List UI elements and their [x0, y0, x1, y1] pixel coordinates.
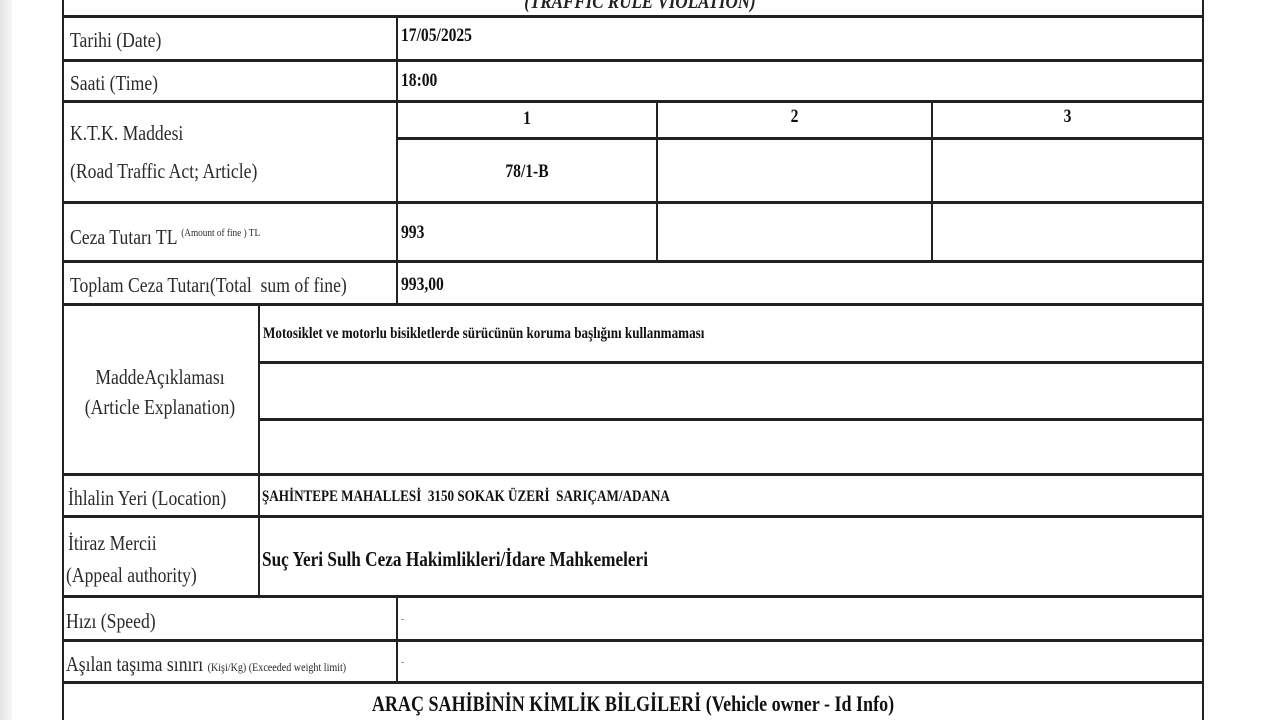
column-divider [396, 15, 398, 305]
document-title: (TRAFFIC RULE VIOLATION) [496, 0, 785, 12]
fine-label: Ceza Tutarı TL (Amount of fine ) TL [70, 227, 260, 248]
row-divider [258, 361, 1204, 364]
fine-label-sup: (Amount of fine ) TL [181, 227, 260, 239]
location-value: ŞAHİNTEPE MAHALLESİ 3150 SOKAK ÜZERİ SAR… [262, 489, 670, 505]
explanation-line-1: Motosiklet ve motorlu bisikletlerde sürü… [263, 326, 704, 342]
article-column-1: 1 [421, 109, 633, 128]
row-divider [62, 260, 1204, 263]
explanation-label-tr: MaddeAçıklaması [78, 367, 243, 388]
vehicle-owner-section-heading: ARAÇ SAHİBİNİN KİMLİK BİLGİLERİ (Vehicle… [165, 693, 1101, 715]
article-column-2: 2 [683, 107, 907, 126]
article-column-3: 3 [957, 107, 1178, 126]
row-divider [62, 201, 1204, 204]
row-divider [397, 137, 1204, 140]
column-divider [258, 303, 260, 597]
weight-label-small: (Kişi/Kg) (Exceeded weight limit) [208, 660, 347, 674]
appeal-label-en: (Appeal authority) [66, 565, 197, 586]
table-border-right [1202, 0, 1204, 720]
column-divider [656, 100, 658, 262]
row-divider [62, 100, 1204, 103]
fine-label-main: Ceza Tutarı TL [70, 225, 177, 249]
column-divider [931, 100, 933, 262]
total-fine-value: 993,00 [401, 275, 444, 294]
total-fine-label: Toplam Ceza Tutarı(Total sum of fine) [70, 275, 347, 296]
appeal-value: Suç Yeri Sulh Ceza Hakimlikleri/İdare Ma… [262, 549, 648, 570]
weight-label-main: Aşılan taşıma sınırı [66, 652, 203, 676]
article-label-en: (Road Traffic Act; Article) [70, 161, 257, 182]
row-divider [62, 59, 1204, 62]
row-divider [258, 418, 1204, 421]
explanation-label-en: (Article Explanation) [78, 397, 243, 418]
fine-value-1: 993 [401, 223, 424, 242]
appeal-label-tr: İtiraz Mercii [68, 533, 157, 554]
date-value: 17/05/2025 [401, 26, 472, 45]
time-label: Saati (Time) [70, 73, 158, 94]
row-divider [62, 681, 1204, 684]
location-label: İhlalin Yeri (Location) [68, 488, 226, 509]
row-divider [62, 15, 1204, 18]
time-value: 18:00 [401, 71, 437, 90]
row-divider [62, 595, 1204, 598]
weight-label: Aşılan taşıma sınırı (Kişi/Kg) (Exceeded… [66, 654, 346, 675]
row-divider [62, 515, 1204, 518]
weight-value: - [401, 658, 404, 668]
row-divider [62, 639, 1204, 642]
table-border-left [62, 0, 64, 720]
row-divider [62, 303, 1204, 306]
row-divider [62, 473, 1204, 476]
article-label-tr: K.T.K. Maddesi [70, 123, 183, 144]
article-value-1: 78/1-B [421, 162, 633, 181]
date-label: Tarihi (Date) [70, 30, 161, 51]
column-divider [396, 595, 398, 683]
speed-label: Hızı (Speed) [66, 611, 156, 632]
speed-value: - [401, 615, 404, 625]
traffic-violation-document: (TRAFFIC RULE VIOLATION) Tarihi (Date) 1… [0, 0, 1280, 720]
